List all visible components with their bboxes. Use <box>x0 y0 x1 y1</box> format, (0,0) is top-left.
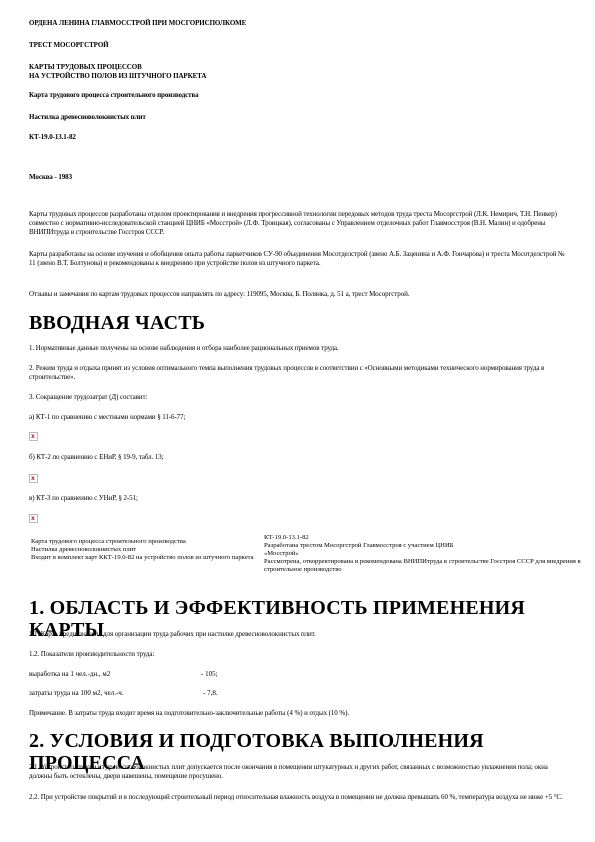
comparison-item-c: в) КТ-3 по сравнению с УНиР, § 2-51; <box>29 494 138 503</box>
indicator-value: - 105; <box>201 670 218 679</box>
section-2-p1: 2.1. Устройство стяжки из древесноволокн… <box>29 763 569 781</box>
section-1-p2: 1.2. Показатели производительности труда… <box>29 650 154 659</box>
trust-name: ТРЕСТ МОСОРГСТРОЙ <box>29 41 109 50</box>
card-type: Карта трудового процесса строительного п… <box>29 91 199 100</box>
place-year: Москва - 1983 <box>29 173 72 182</box>
section-1-note: Примечание. В затраты труда входит время… <box>29 709 349 718</box>
intro-item: 1. Нормативные данные получены на основе… <box>29 344 569 353</box>
info-table-right: КТ-19.0-13.1-82 Разработана трестом Мосо… <box>264 534 584 574</box>
indicator-row: затраты труда на 100 м2, чел.-ч. - 7,8. <box>29 689 124 698</box>
intro-paragraph: Карты разработаны на основе изучения и о… <box>29 250 569 268</box>
indicator-label: затраты труда на 100 м2, чел.-ч. <box>29 689 124 697</box>
info-left-line: Настилка древесноволокнистых плит <box>31 546 256 554</box>
indicator-row: выработка на 1 чел.-дн., м2 - 105; <box>29 670 110 679</box>
info-right-line: КТ-19.0-13.1-82 <box>264 534 584 542</box>
indicator-value: - 7,8. <box>203 689 218 698</box>
doc-title-line2: НА УСТРОЙСТВО ПОЛОВ ИЗ ШТУЧНОГО ПАРКЕТА <box>29 72 206 81</box>
comparison-item-b: б) КТ-2 по сравнению с ЕНиР, § 19-9, таб… <box>29 453 164 462</box>
doc-title-line1: КАРТЫ ТРУДОВЫХ ПРОЦЕССОВ <box>29 63 142 72</box>
section-1-p1: 1.1. Карта предназначена для организации… <box>29 630 316 639</box>
card-code: КТ-19.0-13.1-82 <box>29 133 76 142</box>
info-table-left: Карта трудового процесса строительного п… <box>31 538 256 562</box>
intro-paragraph: Карты трудовых процессов разработаны отд… <box>29 210 569 237</box>
info-right-line: Рассмотрена, откорректирована и рекоменд… <box>264 558 584 574</box>
intro-paragraph: Отзывы и замечания по картам трудовых пр… <box>29 290 569 299</box>
document-page: ОРДЕНА ЛЕНИНА ГЛАВМОССТРОЙ ПРИ МОСГОРИСП… <box>0 0 595 842</box>
broken-image-icon: x <box>29 432 38 441</box>
intro-item: 3. Сокращение трудозатрат (Д) составит: <box>29 393 569 402</box>
card-subject: Настилка древесноволокнистых плит <box>29 113 146 122</box>
section-2-p2: 2.2. При устройстве покрытий и в последу… <box>29 793 569 802</box>
indicator-label: выработка на 1 чел.-дн., м2 <box>29 670 110 678</box>
broken-image-icon: x <box>29 474 38 483</box>
broken-image-icon: x <box>29 514 38 523</box>
info-left-line: Входит в комплект карт ККТ-19.0-82 на ус… <box>31 554 256 562</box>
intro-item: 2. Режим труда и отдыха принят из услови… <box>29 364 569 382</box>
comparison-item-a: а) КТ-1 по сравнению с местными нормами … <box>29 413 185 422</box>
org-name: ОРДЕНА ЛЕНИНА ГЛАВМОССТРОЙ ПРИ МОСГОРИСП… <box>29 19 246 28</box>
info-right-line: Разработана трестом Мосоргстрой Главмосс… <box>264 542 464 558</box>
section-heading-intro: ВВОДНАЯ ЧАСТЬ <box>29 312 205 334</box>
info-left-line: Карта трудового процесса строительного п… <box>31 538 256 546</box>
